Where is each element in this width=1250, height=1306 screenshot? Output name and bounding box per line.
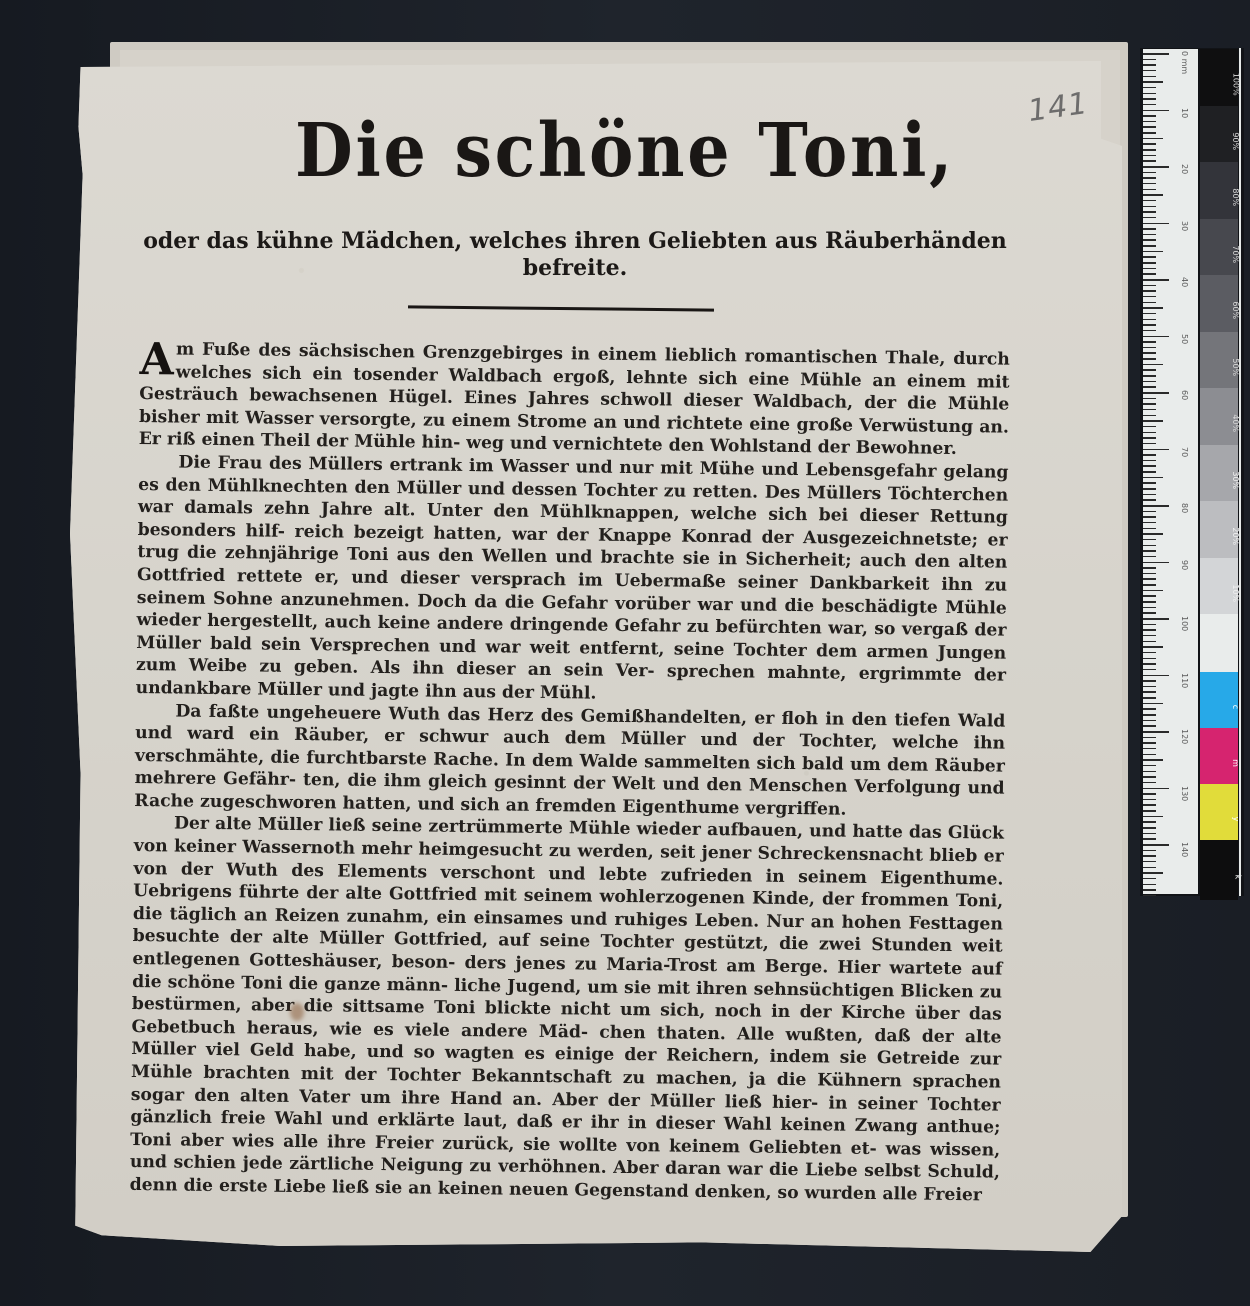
ruler-tick [1143, 686, 1156, 688]
ruler-tick [1143, 313, 1156, 315]
ruler-tick [1143, 110, 1169, 112]
grey-step: 50% [1200, 332, 1238, 389]
grey-step: 10% [1200, 558, 1238, 615]
ruler-label: 40 [1180, 277, 1189, 287]
ruler-tick [1143, 358, 1156, 360]
ruler-tick [1143, 409, 1156, 411]
ruler-tick [1143, 771, 1156, 773]
ruler-tick [1143, 160, 1156, 162]
ruler-tick [1143, 149, 1156, 151]
grey-step: 30% [1200, 445, 1238, 502]
color-patch-label: y [1198, 817, 1240, 822]
ruler-label: 110 [1180, 673, 1189, 688]
ruler-label: 120 [1180, 729, 1189, 744]
ruler-label: 100 [1180, 616, 1189, 631]
color-patch-c: c [1200, 672, 1238, 728]
ruler-tick [1143, 70, 1156, 72]
ruler-tick [1143, 545, 1156, 547]
ruler-tick [1143, 488, 1156, 490]
grey-step: 40% [1200, 388, 1238, 445]
grey-step: 60% [1200, 275, 1238, 332]
document-subtitle: oder das kühne Mädchen, welches ihren Ge… [140, 228, 1010, 282]
ruler-tick [1143, 499, 1156, 501]
ruler-tick [1143, 143, 1156, 145]
ruler-tick [1143, 511, 1156, 513]
ruler-tick [1143, 296, 1156, 298]
ruler-tick [1143, 76, 1156, 78]
ruler-tick [1143, 93, 1156, 95]
strip-edge [1239, 48, 1241, 896]
ruler-tick [1143, 330, 1156, 332]
ruler-tick [1143, 607, 1156, 609]
drop-cap: A [139, 340, 174, 380]
ruler-tick [1143, 635, 1156, 637]
ruler-tick [1143, 460, 1156, 462]
ruler-tick [1143, 884, 1156, 886]
ruler-tick [1143, 64, 1156, 66]
ruler-tick [1143, 556, 1156, 558]
ruler-tick [1143, 658, 1156, 660]
ruler-tick [1143, 432, 1156, 434]
grey-step-label: 20% [1198, 527, 1241, 545]
color-patch-y: y [1200, 784, 1238, 840]
ruler-tick [1143, 505, 1169, 507]
ruler-tick [1143, 528, 1156, 530]
mm-ruler: 0 mm102030405060708090100110120130140 [1143, 49, 1198, 894]
grey-step-label: 90% [1198, 132, 1241, 150]
ruler-tick [1143, 895, 1156, 897]
ruler-tick [1143, 183, 1156, 185]
ruler-tick [1143, 336, 1169, 338]
ruler-tick [1143, 482, 1156, 484]
ruler-tick [1143, 618, 1169, 620]
ruler-tick [1143, 319, 1156, 321]
ruler-tick [1143, 595, 1156, 597]
ruler-tick [1143, 539, 1156, 541]
ruler-label: 80 [1180, 503, 1189, 513]
ruler-label: 90 [1180, 560, 1189, 570]
ruler-tick [1143, 567, 1156, 569]
color-patch-label: m [1198, 759, 1240, 767]
ruler-tick [1143, 104, 1156, 106]
ruler-tick [1143, 624, 1156, 626]
ruler-tick [1143, 115, 1156, 117]
ruler-tick [1143, 629, 1156, 631]
ruler-tick [1143, 782, 1156, 784]
grey-step-label: 30% [1198, 471, 1241, 489]
ruler-tick [1143, 59, 1156, 61]
ruler-tick [1143, 855, 1156, 857]
ruler-tick [1143, 347, 1156, 349]
ruler-tick [1143, 550, 1156, 552]
color-patch-label: c [1198, 705, 1240, 709]
ruler-tick [1143, 81, 1163, 83]
ruler-tick [1143, 810, 1156, 812]
ruler-tick [1143, 375, 1156, 377]
ruler-tick [1143, 872, 1163, 874]
ruler-tick [1143, 352, 1156, 354]
ruler-tick [1143, 793, 1156, 795]
ruler-tick [1143, 652, 1156, 654]
ruler-tick [1143, 206, 1156, 208]
ruler-tick [1143, 562, 1169, 564]
ruler-tick [1143, 273, 1156, 275]
ruler-tick [1143, 697, 1156, 699]
ruler-label: 60 [1180, 390, 1189, 400]
ruler-tick [1143, 680, 1156, 682]
ruler-tick [1143, 454, 1156, 456]
ruler-tick [1143, 392, 1169, 394]
ruler-label: 130 [1180, 786, 1189, 801]
ruler-tick [1143, 223, 1169, 225]
ruler-tick [1143, 307, 1163, 309]
grey-step: 90% [1200, 106, 1238, 163]
ruler-tick [1143, 211, 1156, 213]
ruler-tick [1143, 759, 1163, 761]
paper-stain [290, 1003, 304, 1021]
ruler-tick [1143, 228, 1156, 230]
paragraph-2: Die Frau des Müllers ertrank im Wasser u… [136, 451, 1009, 710]
ruler-tick [1143, 381, 1156, 383]
ruler-tick [1143, 364, 1163, 366]
ruler-tick [1143, 239, 1156, 241]
ruler-tick [1143, 821, 1156, 823]
ruler-label: 0 mm [1180, 51, 1189, 74]
ruler-tick [1143, 691, 1156, 693]
ruler-tick [1143, 420, 1163, 422]
ruler-label: 140 [1180, 842, 1189, 857]
ruler-tick [1143, 731, 1169, 733]
ruler-tick [1143, 398, 1156, 400]
color-patch-label: k [1196, 875, 1242, 880]
ruler-tick [1143, 675, 1169, 677]
ruler-tick [1143, 646, 1163, 648]
ruler-tick [1143, 285, 1156, 287]
ruler-tick [1143, 748, 1156, 750]
ruler-tick [1143, 172, 1156, 174]
grey-step-label: 80% [1198, 188, 1241, 206]
ruler-tick [1143, 533, 1163, 535]
ruler-tick [1143, 578, 1156, 580]
color-steps: 100%90%80%70%60%50%40%30%20%10%cmyk [1200, 49, 1238, 894]
ruler-tick [1143, 776, 1156, 778]
ruler-tick [1143, 754, 1156, 756]
ruler-tick [1143, 53, 1169, 55]
ruler-tick [1143, 703, 1163, 705]
ruler-tick [1143, 126, 1156, 128]
ruler-tick [1143, 590, 1163, 592]
ruler-tick [1143, 669, 1156, 671]
ruler-tick [1143, 437, 1156, 439]
ruler-tick [1143, 612, 1156, 614]
ruler-tick [1143, 788, 1169, 790]
paragraph-3: Da faßte ungeheuere Wuth das Herz des Ge… [134, 699, 1005, 823]
ruler-tick [1143, 256, 1156, 258]
grey-step-label: 70% [1198, 245, 1241, 263]
ruler-tick [1143, 838, 1156, 840]
paragraph-4: Der alte Müller ließ seine zertrümmerte … [130, 812, 1005, 1207]
ruler-tick [1143, 341, 1156, 343]
ruler-tick [1143, 465, 1156, 467]
ruler-tick [1143, 477, 1163, 479]
ruler-tick [1143, 833, 1156, 835]
paragraph-text: m Fuße des sächsischen Grenzgebirges in … [139, 339, 1010, 459]
ruler-tick [1143, 194, 1163, 196]
ruler-tick [1143, 861, 1156, 863]
ruler-tick [1143, 403, 1156, 405]
ruler-tick [1143, 641, 1156, 643]
ruler-tick [1143, 889, 1156, 891]
ruler-label: 20 [1180, 164, 1189, 174]
ruler-tick [1143, 765, 1156, 767]
ruler-tick [1143, 87, 1156, 89]
ruler-tick [1143, 245, 1156, 247]
ruler-tick [1143, 189, 1156, 191]
ruler-tick [1143, 516, 1156, 518]
ruler-tick [1143, 725, 1156, 727]
ruler-tick [1143, 449, 1169, 451]
ruler-tick [1143, 708, 1156, 710]
ruler-tick [1143, 268, 1156, 270]
document-body: Am Fuße des sächsischen Grenzgebirges in… [130, 338, 1010, 1207]
ruler-tick [1143, 415, 1156, 417]
ruler-tick [1143, 494, 1156, 496]
ruler-tick [1143, 121, 1156, 123]
ruler-tick [1143, 742, 1156, 744]
ruler-tick [1143, 850, 1156, 852]
ruler-tick [1143, 573, 1156, 575]
ruler-tick [1143, 177, 1156, 179]
ruler-tick [1143, 426, 1156, 428]
ruler-label: 70 [1180, 447, 1189, 457]
grey-step: 20% [1200, 501, 1238, 558]
ruler-tick [1143, 132, 1156, 134]
grey-step-label: 60% [1198, 301, 1241, 319]
ruler-tick [1143, 737, 1156, 739]
ruler-tick [1143, 827, 1156, 829]
ruler-tick [1143, 290, 1156, 292]
ruler-tick [1143, 217, 1156, 219]
ruler-tick [1143, 262, 1156, 264]
ruler-tick [1143, 844, 1169, 846]
ruler-tick [1143, 234, 1156, 236]
ruler-tick [1143, 720, 1156, 722]
ruler-label: 50 [1180, 334, 1189, 344]
ruler-tick [1143, 584, 1156, 586]
ruler-tick [1143, 601, 1156, 603]
ruler-tick [1143, 522, 1156, 524]
grey-step-label: 50% [1198, 358, 1241, 376]
ruler-tick [1143, 663, 1156, 665]
grey-step-label: 100% [1198, 73, 1241, 96]
ruler-tick [1143, 369, 1156, 371]
ruler-tick [1143, 138, 1163, 140]
paragraph-1: Am Fuße des sächsischen Grenzgebirges in… [139, 338, 1010, 462]
ruler-tick [1143, 279, 1169, 281]
ruler-tick [1143, 386, 1156, 388]
grey-step: 80% [1200, 162, 1238, 219]
ruler-tick [1143, 867, 1156, 869]
ruler-label: 10 [1180, 108, 1189, 118]
grey-step-label: 40% [1198, 414, 1241, 432]
ruler-tick [1143, 714, 1156, 716]
ruler-tick [1143, 471, 1156, 473]
ruler-tick [1143, 166, 1169, 168]
color-patch-k: k [1200, 840, 1238, 900]
ruler-tick [1143, 804, 1156, 806]
ruler-tick [1143, 816, 1163, 818]
grey-step: 100% [1200, 49, 1238, 106]
ruler-tick [1143, 251, 1163, 253]
ruler-tick [1143, 799, 1156, 801]
ruler-tick [1143, 443, 1156, 445]
grey-step-label: 10% [1198, 584, 1241, 602]
document-title: Die schöne Toni, [63, 108, 1188, 194]
color-patch-m: m [1200, 728, 1238, 784]
ruler-label: 30 [1180, 221, 1189, 231]
ruler-tick [1143, 98, 1156, 100]
ruler-tick [1143, 200, 1156, 202]
ruler-tick [1143, 155, 1156, 157]
ruler-tick [1143, 324, 1156, 326]
ruler-tick [1143, 302, 1156, 304]
ruler-tick [1143, 878, 1156, 880]
grey-step: 70% [1200, 219, 1238, 276]
